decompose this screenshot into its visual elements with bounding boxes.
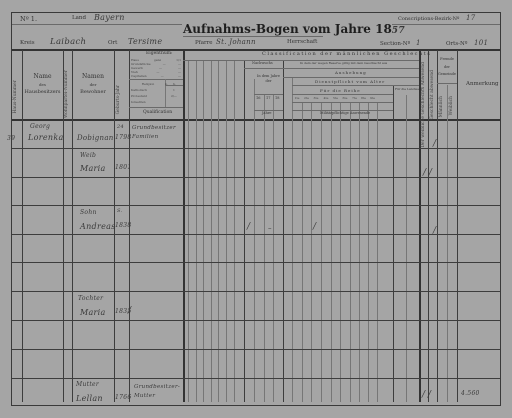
- col-line: [292, 78, 293, 402]
- row-line: [12, 262, 500, 263]
- header-household-number: Wohnpartei-Nummer: [65, 70, 70, 118]
- header-line: [292, 102, 393, 103]
- header-house-number: Haus-Nummer: [14, 80, 19, 114]
- qualification-header: Qualification: [143, 111, 172, 116]
- militaerpflichtige-label: Militärpflichtige Anwesende: [320, 112, 370, 116]
- row4-resident-last: Andreas: [80, 222, 116, 231]
- row4-mark-c: /: [313, 222, 316, 232]
- row-line: [12, 205, 500, 206]
- age-18: 18: [275, 97, 279, 101]
- conscription-underline: [392, 24, 500, 25]
- dienstpflicht-label: Dienstpflicht vom Alter: [315, 80, 385, 84]
- col-line: [188, 60, 189, 402]
- header-line: [129, 79, 183, 80]
- row9-resident-last: Lellan: [76, 394, 103, 403]
- landwehr-label: Für die Landwehr: [395, 88, 422, 91]
- census-form-sheet: Nº 1. Land Bayern Aufnahms-Bogen vom Jah…: [0, 0, 512, 418]
- row6-resident-last: Maria: [80, 308, 106, 317]
- row2-mark: / /: [423, 168, 432, 178]
- ort-label: Ort: [108, 41, 117, 47]
- section-value: 1: [416, 39, 421, 47]
- row9-remark: 4.560: [461, 390, 480, 397]
- col-line: [359, 102, 360, 402]
- col-line: [340, 102, 341, 402]
- header-resident-name: NamenderBewohner: [72, 72, 114, 96]
- row1-mark: /: [433, 139, 436, 149]
- row-line: [12, 378, 500, 379]
- row2-birth: 1801: [115, 164, 131, 171]
- row1-house-no: 39: [7, 135, 15, 142]
- row4-birth: 1838: [115, 222, 131, 229]
- row2-resident-last: Maria: [80, 164, 106, 173]
- in-dem-jahre-label: In dem Jahreder: [254, 74, 283, 85]
- land-label: Land: [72, 16, 86, 22]
- col-line: [331, 102, 332, 402]
- section-label: Section-Nº: [380, 42, 410, 48]
- row4-resident-first: Sohn: [80, 209, 97, 216]
- header-line: [437, 83, 457, 84]
- row-line: [12, 148, 500, 149]
- row9-qualification: Grundbesitzer-Mutter: [134, 383, 180, 401]
- header-divider: [12, 24, 182, 25]
- conscription-label: Conscriptions-Bezirk-Nº: [398, 17, 459, 22]
- row2-resident-first: Weib: [80, 152, 96, 159]
- col-line: [226, 60, 227, 402]
- header-line: [129, 107, 183, 108]
- herrschaft-label: Herrschaft: [287, 40, 317, 46]
- col-line: [234, 60, 235, 402]
- col-line: [283, 60, 284, 402]
- title-underline: [183, 36, 323, 37]
- header-line: [244, 68, 419, 69]
- header-bottom-rule: [12, 119, 500, 121]
- col-line: [321, 102, 322, 402]
- row1-householder-last: Lorenka: [28, 133, 64, 142]
- classification-title: Classification der männlichen Geschlecht…: [262, 52, 431, 57]
- anmerkung-header: Anmerkung: [466, 82, 499, 88]
- row1-qualification: Grundbesitzer Familien: [132, 124, 182, 142]
- header-line: [283, 77, 419, 78]
- col-line: [273, 94, 274, 402]
- col-line: [393, 85, 394, 402]
- col-line: [447, 85, 448, 402]
- row-line: [12, 349, 500, 350]
- orts-value: 101: [474, 39, 488, 47]
- pfarre-value: St. Johann: [216, 38, 256, 46]
- col-line: [377, 102, 378, 402]
- form-number: Nº 1.: [20, 16, 37, 23]
- row1-birth-top: 24: [117, 124, 124, 130]
- row4-mark-d: /: [433, 226, 436, 236]
- female-present-header: Der weibliche Geschlechts Anwesend: [422, 62, 427, 148]
- aushebung-label: Aushebung: [335, 71, 367, 75]
- row-line: [12, 291, 500, 292]
- col-line: [196, 60, 197, 402]
- row1-birth: 1798: [115, 134, 131, 141]
- age-17: 17: [266, 97, 270, 101]
- row9-birth: 1766: [115, 394, 131, 401]
- land-value: Bayern: [94, 13, 125, 22]
- eigenthum-title: Eigenthum:: [146, 52, 173, 57]
- pfarre-label: Pfarre: [195, 41, 213, 47]
- ort-value: Tersime: [128, 37, 162, 46]
- row4-mark-a: /: [247, 222, 250, 232]
- row1-resident-last: Dobignan: [77, 134, 114, 142]
- col-line: [406, 95, 407, 402]
- fremde-header: FremdederGemeinde: [437, 56, 457, 79]
- religion-table: Religionk.h. Katholisch1 Protestant2/— I…: [131, 81, 181, 105]
- conscription-value: 17: [466, 14, 476, 22]
- kreis-label: Kreis: [20, 41, 35, 47]
- fremde-male: Männlich: [440, 96, 445, 117]
- col-line: [368, 102, 369, 402]
- jahre-label: Jahre: [262, 112, 272, 116]
- col-line: [350, 102, 351, 402]
- col-line: [211, 60, 212, 402]
- header-birth-year: Geburts-Jahr: [117, 85, 122, 114]
- row9-mark: / /: [422, 390, 431, 400]
- col-line: [244, 60, 245, 402]
- form-title: Aufnahms-Bogen vom Jahre 1857: [183, 22, 405, 36]
- row1-householder-first: Georg: [30, 123, 50, 130]
- header-householder-name: NamedesHausbesitzers: [22, 72, 63, 96]
- fuer-die-reihe-label: Für die Reihe: [320, 89, 361, 93]
- fremde-female: Weiblich: [450, 96, 455, 116]
- col-line: [302, 102, 303, 402]
- reihe-columns: 1te 2te 3te 4te 5te 6te 7te 8te 9te: [292, 96, 377, 100]
- row9-resident-first: Mutter: [76, 381, 99, 388]
- row4-birth-top: S.: [117, 208, 122, 214]
- col-line: [311, 102, 312, 402]
- row4-mark-b: –: [268, 224, 272, 232]
- row-line: [12, 320, 500, 321]
- col-line: [218, 60, 219, 402]
- absent-header: Geschlecht abwesend: [431, 70, 436, 120]
- col-line: [203, 60, 204, 402]
- wehrpflicht-note: In dem der wegen Reserve giltig mit dem …: [300, 62, 387, 65]
- eigenthum-table: Hausganz1/1 Grundstücke—— Gewerb—— Vieh—…: [131, 58, 181, 78]
- age-16: 16: [256, 97, 260, 101]
- row-line: [12, 234, 500, 235]
- col-line: [254, 79, 255, 402]
- nachwuchs-label: Nachwuchs: [252, 62, 273, 66]
- col-line: [264, 94, 265, 402]
- header-line: [292, 94, 393, 95]
- header-line: [254, 94, 283, 95]
- row6-mark: /: [128, 306, 131, 316]
- orts-label: Orts-Nº: [446, 42, 467, 48]
- kreis-value: Laibach: [50, 37, 86, 47]
- row6-resident-first: Tochter: [78, 295, 103, 302]
- header-line: [292, 85, 419, 86]
